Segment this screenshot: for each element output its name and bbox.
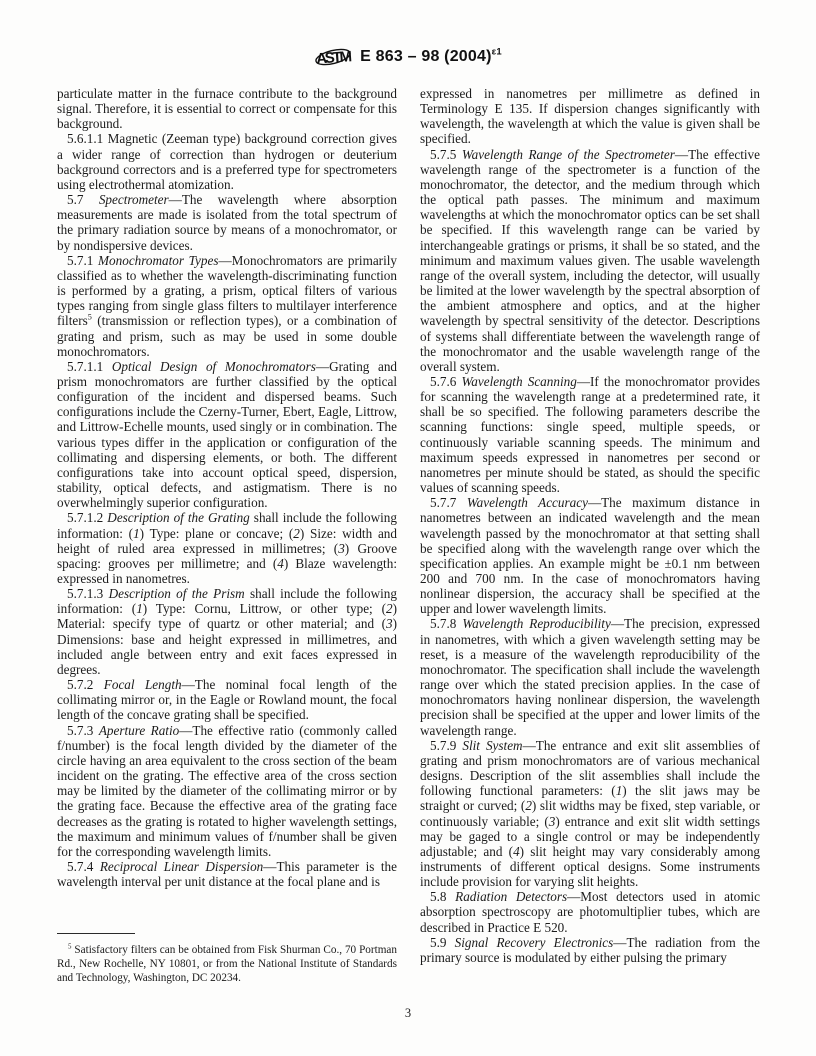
body-text: 5.7.1.3 bbox=[67, 586, 109, 601]
body-text: —Grating and prism monochromators are fu… bbox=[57, 359, 397, 510]
body-text: 5.7.7 bbox=[430, 495, 467, 510]
standard-designation-text: E 863 – 98 (2004) bbox=[360, 48, 492, 65]
body-text: —If the monochromator provides for scann… bbox=[420, 374, 760, 495]
italic-term: 3 bbox=[338, 541, 345, 556]
astm-logo-icon: ASTM bbox=[314, 42, 352, 72]
body-text: —The precision, expressed in nanometres,… bbox=[420, 616, 760, 737]
italic-term: Signal Recovery Electronics bbox=[455, 935, 614, 950]
italic-term: Description of the Prism bbox=[109, 586, 245, 601]
paragraph: 5.6.1.1 Magnetic (Zeeman type) backgroun… bbox=[57, 131, 397, 192]
paragraph: 5.7.3 Aperture Ratio—The effective ratio… bbox=[57, 723, 397, 859]
body-text: —The effective wavelength range of the s… bbox=[420, 147, 760, 374]
italic-term: Description of the Grating bbox=[107, 510, 249, 525]
paragraph: expressed in nanometres per millimetre a… bbox=[420, 86, 760, 147]
body-text: 5.7.1.2 bbox=[67, 510, 107, 525]
body-text: 5.7.5 bbox=[430, 147, 462, 162]
paragraph: 5.8 Radiation Detectors—Most detectors u… bbox=[420, 889, 760, 934]
standard-designation: E 863 – 98 (2004)ε1 bbox=[360, 48, 502, 66]
left-column: particulate matter in the furnace contri… bbox=[57, 86, 397, 889]
italic-term: Wavelength Range of the Spectrometer bbox=[462, 147, 675, 162]
body-text: ) Type: Cornu, Littrow, or other type; ( bbox=[143, 601, 386, 616]
paragraph: 5.7.7 Wavelength Accuracy—The maximum di… bbox=[420, 495, 760, 616]
body-text: 5.7.4 bbox=[67, 859, 100, 874]
footnote-text: 5 Satisfactory filters can be obtained f… bbox=[57, 943, 397, 985]
paragraph: 5.7.1.3 Description of the Prism shall i… bbox=[57, 586, 397, 677]
body-text: 5.7 bbox=[67, 192, 99, 207]
footnote: 5 Satisfactory filters can be obtained f… bbox=[57, 933, 397, 985]
italic-term: Reciprocal Linear Dispersion bbox=[100, 859, 263, 874]
body-text: 5.9 bbox=[430, 935, 455, 950]
italic-term: 2 bbox=[525, 798, 532, 813]
body-text: 5.8 bbox=[430, 889, 455, 904]
italic-term: Aperture Ratio bbox=[99, 723, 179, 738]
italic-term: Radiation Detectors bbox=[455, 889, 567, 904]
body-text: —The effective ratio (commonly called f/… bbox=[57, 723, 397, 859]
body-text: —The maximum distance in nanometres betw… bbox=[420, 495, 760, 616]
paragraph: 5.7.1 Monochromator Types—Monochromators… bbox=[57, 253, 397, 359]
page-header: ASTM E 863 – 98 (2004)ε1 bbox=[0, 42, 816, 72]
body-text: 5.7.2 bbox=[67, 677, 104, 692]
italic-term: 3 bbox=[386, 616, 393, 631]
body-text: (transmission or reflection types), or a… bbox=[57, 313, 397, 358]
body-text: 5.7.9 bbox=[430, 738, 462, 753]
italic-term: 2 bbox=[386, 601, 393, 616]
body-text: Satisfactory filters can be obtained fro… bbox=[57, 944, 397, 984]
body-text: particulate matter in the furnace contri… bbox=[57, 86, 397, 131]
body-text: 5.7.3 bbox=[67, 723, 99, 738]
paragraph: 5.9 Signal Recovery Electronics—The radi… bbox=[420, 935, 760, 965]
body-text: expressed in nanometres per millimetre a… bbox=[420, 86, 760, 146]
italic-term: Focal Length bbox=[104, 677, 182, 692]
document-page: ASTM E 863 – 98 (2004)ε1 particulate mat… bbox=[0, 0, 816, 1056]
italic-term: Wavelength Reproducibility bbox=[462, 616, 611, 631]
italic-term: 2 bbox=[293, 526, 300, 541]
right-column: expressed in nanometres per millimetre a… bbox=[420, 86, 760, 965]
paragraph: 5.7.9 Slit System—The entrance and exit … bbox=[420, 738, 760, 890]
body-text: ) Type: plane or concave; ( bbox=[140, 526, 294, 541]
italic-term: 1 bbox=[136, 601, 143, 616]
italic-term: 4 bbox=[513, 844, 520, 859]
italic-term: Wavelength Scanning bbox=[462, 374, 577, 389]
standard-designation-superscript: ε1 bbox=[492, 47, 502, 58]
paragraph: 5.7.1.1 Optical Design of Monochromators… bbox=[57, 359, 397, 511]
paragraph: 5.7.4 Reciprocal Linear Dispersion—This … bbox=[57, 859, 397, 889]
italic-term: 4 bbox=[277, 556, 284, 571]
body-text: 5.7.8 bbox=[430, 616, 462, 631]
paragraph: particulate matter in the furnace contri… bbox=[57, 86, 397, 131]
paragraph: 5.7.1.2 Description of the Grating shall… bbox=[57, 510, 397, 586]
italic-term: Monochromator Types bbox=[98, 253, 218, 268]
italic-term: Wavelength Accuracy bbox=[467, 495, 588, 510]
body-text: 5.7.1 bbox=[67, 253, 98, 268]
italic-term: Optical Design of Monochromators bbox=[112, 359, 316, 374]
footnote-rule bbox=[57, 933, 135, 934]
body-text: 5.7.1.1 bbox=[67, 359, 112, 374]
italic-term: Slit System bbox=[462, 738, 522, 753]
page-number: 3 bbox=[0, 1006, 816, 1021]
paragraph: 5.7.8 Wavelength Reproducibility—The pre… bbox=[420, 616, 760, 737]
italic-term: 1 bbox=[133, 526, 140, 541]
paragraph: 5.7 Spectrometer—The wavelength where ab… bbox=[57, 192, 397, 253]
body-text: 5.6.1.1 Magnetic (Zeeman type) backgroun… bbox=[57, 131, 397, 191]
body-text: 5.7.6 bbox=[430, 374, 462, 389]
paragraph: 5.7.6 Wavelength Scanning—If the monochr… bbox=[420, 374, 760, 495]
paragraph: 5.7.2 Focal Length—The nominal focal len… bbox=[57, 677, 397, 722]
paragraph: 5.7.5 Wavelength Range of the Spectromet… bbox=[420, 147, 760, 374]
italic-term: Spectrometer bbox=[99, 192, 169, 207]
